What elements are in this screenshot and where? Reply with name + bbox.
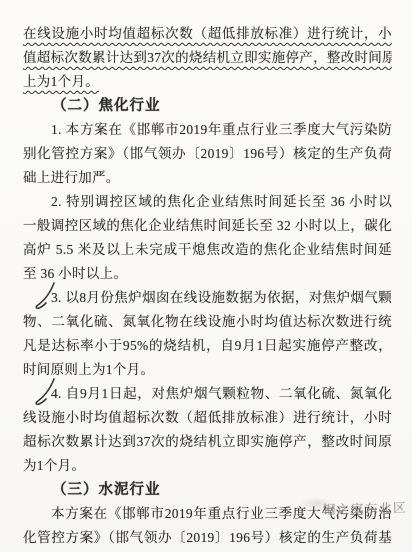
- text-line: 1. 本方案在《邯郸市2019年重点行业三季度大气污染防治差: [23, 118, 392, 142]
- text-line: 2. 特别调控区域的焦化企业结焦时间延长至 36 小时以上、: [23, 190, 392, 214]
- section-heading-cement: （三）水泥行业: [23, 478, 392, 502]
- text-line: 高炉 5.5 米及以上未完成干熄焦改造的焦化企业结焦时间延长: [23, 238, 392, 262]
- text-line: 为1个月。: [23, 454, 392, 478]
- text-line: 化管控方案》（邯气领办〔2019〕196号）核定的生产负荷基础: [23, 526, 392, 550]
- text-line: 上为1个月。: [23, 70, 392, 94]
- watermark-text: 钢之家东北区: [323, 498, 407, 518]
- text-line: 超标次数累计达到37次的烧结机立即实施停产，整改时间原则上: [23, 430, 392, 454]
- text-line: 别化管控方案》（邯气领办〔2019〕196号）核定的生产负荷基: [23, 142, 392, 166]
- text-line: 础上进行加严。: [23, 166, 392, 190]
- text-line: 凡是达标率小于95%的烧结机，自9月1日起实施停产整改，整改: [23, 334, 392, 358]
- text-line: 至 36 小时以上。: [23, 262, 392, 286]
- text-line: 在线设施小时均值超标次数（超低排放标准）进行统计，小时均: [23, 22, 392, 46]
- text-line: 物、二氧化硫、氮氧化物在线设施小时均值达标次数进行统计，: [23, 310, 392, 334]
- text-line: 线设施小时均值超标次数（超低排放标准）进行统计，小时均值: [23, 406, 392, 430]
- text-line-item-4: 4. 自9月1日起，对焦炉烟气颗粒物、二氧化硫、氮氧化物在: [23, 382, 392, 406]
- text-line: 一般调控区域的焦化企业结焦时间延长至 32 小时以上，碳化室: [23, 214, 392, 238]
- document-text: 在线设施小时均值超标次数（超低排放标准）进行统计，小时均 值超标次数累计达到37…: [23, 22, 392, 550]
- scanned-document-page: 在线设施小时均值超标次数（超低排放标准）进行统计，小时均 值超标次数累计达到37…: [0, 0, 412, 552]
- text-line-item-3: 3. 以8月份焦炉烟囱在线设施数据为依据，对焦炉烟气颗粒: [23, 286, 392, 310]
- text-line: 时间原则上为1个月。: [23, 358, 392, 382]
- section-heading-coking: （二）焦化行业: [23, 94, 392, 118]
- text-line: 值超标次数累计达到37次的烧结机立即实施停产，整改时间原则: [23, 46, 392, 70]
